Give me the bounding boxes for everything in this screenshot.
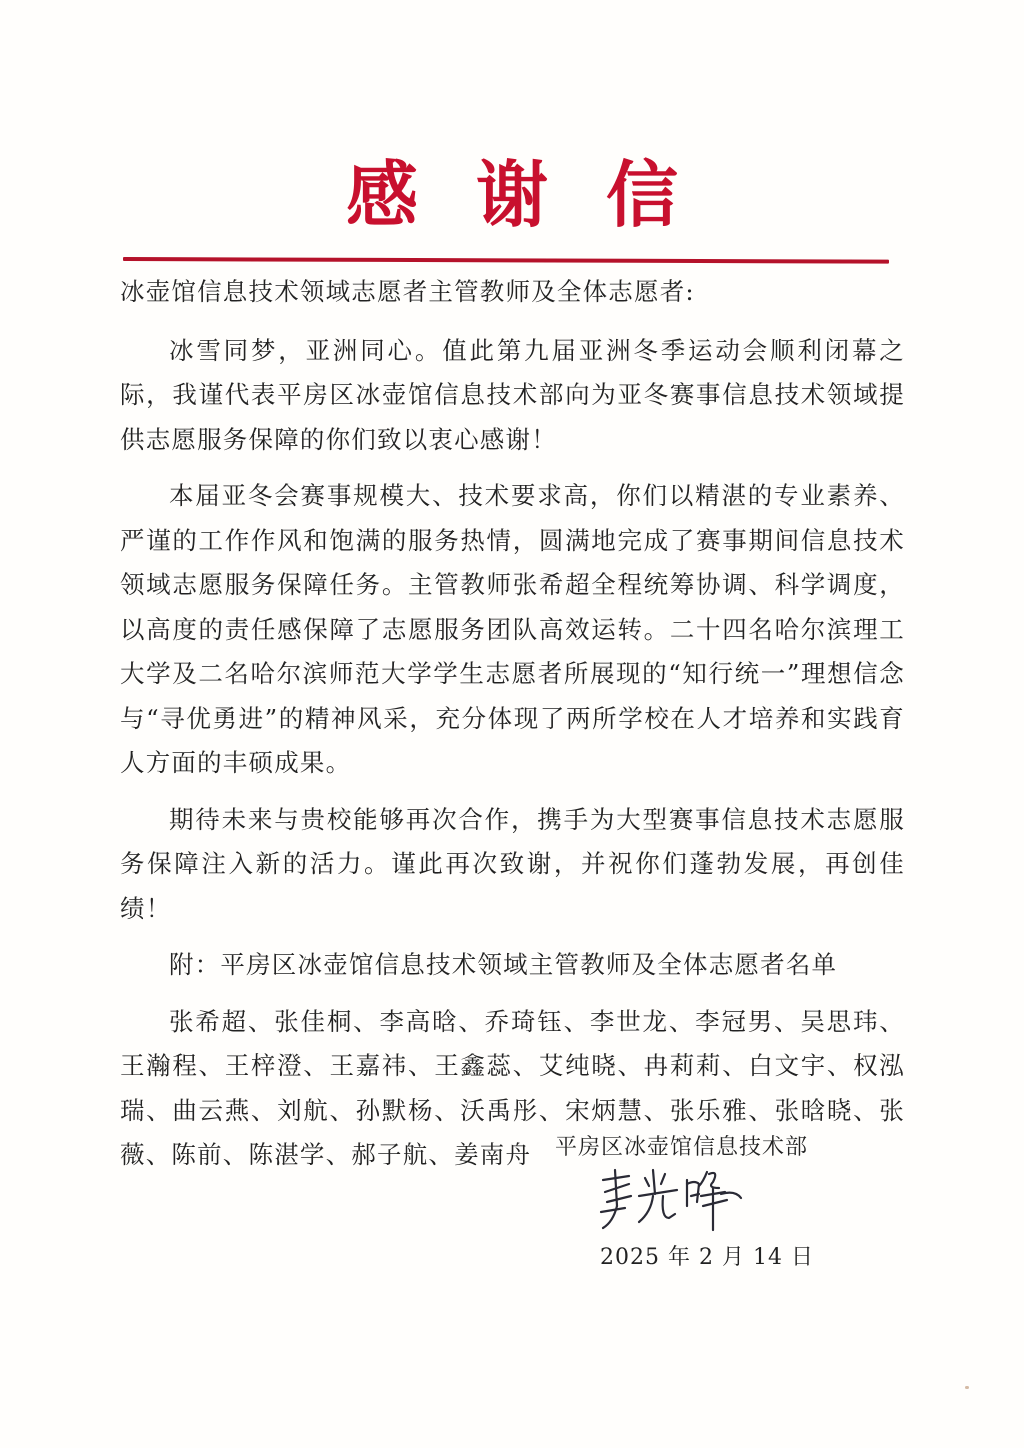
letter-date: 2025 年 2 月 14 日 — [600, 1240, 814, 1271]
salutation: 冰壶馆信息技术领域志愿者主管教师及全体志愿者: — [120, 270, 905, 315]
title-divider — [123, 257, 889, 264]
paragraph-achievements: 本届亚冬会赛事规模大、技术要求高，你们以精湛的专业素养、严谨的工作作风和饱满的服… — [120, 474, 905, 786]
paragraph-closing: 期待未来与贵校能够再次合作，携手为大型赛事信息技术志愿服务保障注入新的活力。谨此… — [120, 798, 905, 932]
signature-block: 平房区冰壶馆信息技术部 — [555, 1128, 835, 1168]
letter-title: 感谢信 — [0, 150, 1024, 240]
annex-heading: 附：平房区冰壶馆信息技术领域主管教师及全体志愿者名单 — [120, 943, 905, 988]
scan-speck — [965, 1386, 969, 1389]
letter-body: 冰壶馆信息技术领域志愿者主管教师及全体志愿者: 冰雪同梦，亚洲同心。值此第九届亚… — [120, 270, 905, 1178]
signatory-organization: 平房区冰壶馆信息技术部 — [555, 1128, 835, 1168]
letter-page: 感谢信 冰壶馆信息技术领域志愿者主管教师及全体志愿者: 冰雪同梦，亚洲同心。值此… — [0, 0, 1024, 1448]
paragraph-opening: 冰雪同梦，亚洲同心。值此第九届亚洲冬季运动会顺利闭幕之际，我谨代表平房区冰壶馆信… — [120, 329, 905, 463]
handwritten-signature-icon — [595, 1166, 745, 1236]
